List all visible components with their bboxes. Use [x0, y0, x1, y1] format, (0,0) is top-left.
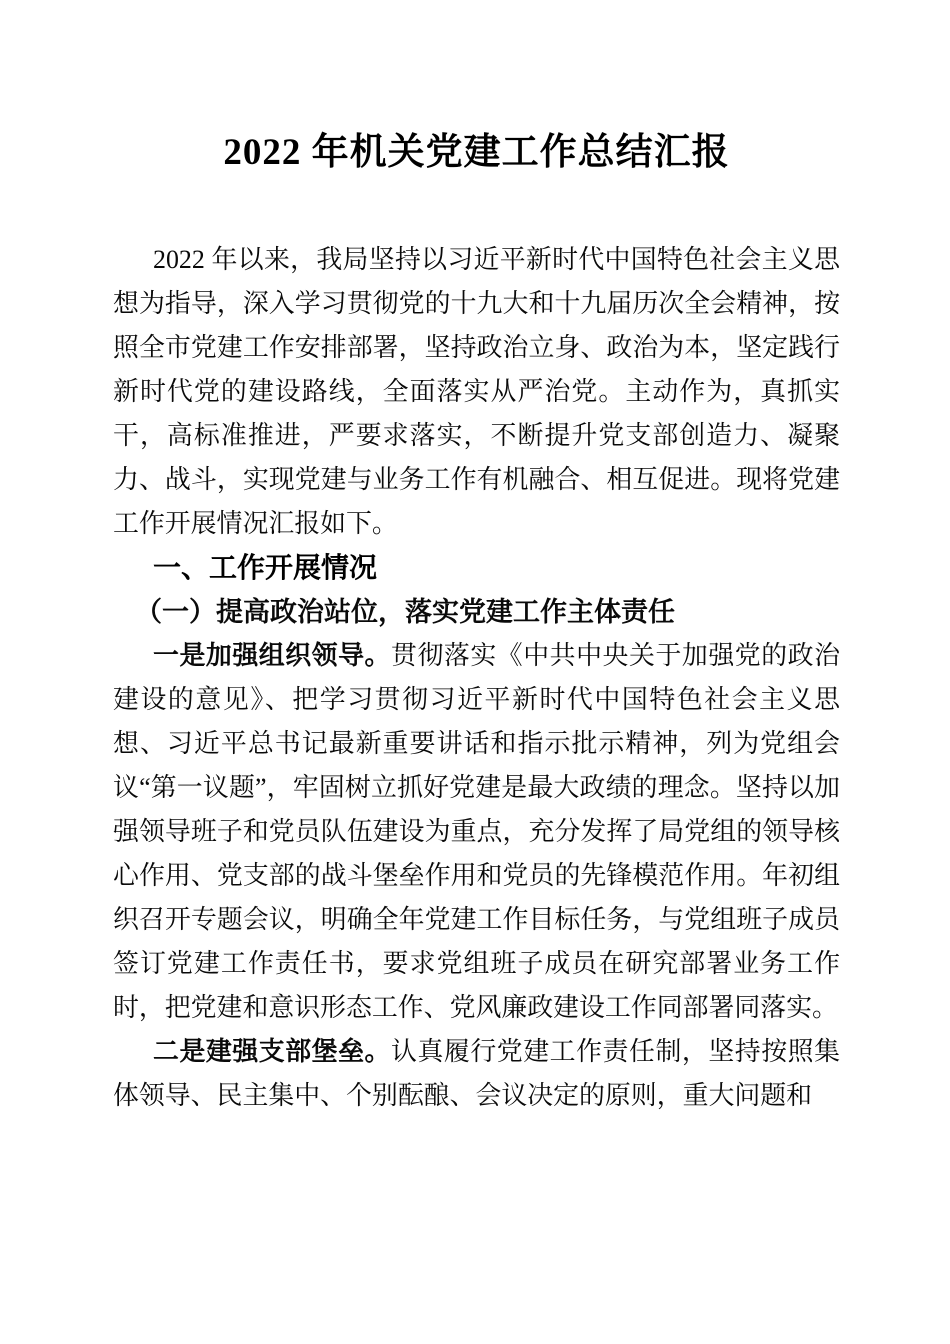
point-paragraph-1: 一是加强组织领导。贯彻落实《中共中央关于加强党的政治建设的意见》、把学习贯彻习近…: [113, 634, 840, 1030]
section-heading-1: 一、工作开展情况: [113, 546, 840, 590]
document-title: 2022 年机关党建工作总结汇报: [113, 128, 840, 178]
document-content: 2022 年机关党建工作总结汇报 2022 年以来，我局坚持以习近平新时代中国特…: [0, 0, 950, 1118]
point-paragraph-2: 二是建强支部堡垒。认真履行党建工作责任制，坚持按照集体领导、民主集中、个别酝酿、…: [113, 1030, 840, 1118]
point-1-lead: 一是加强组织领导。: [153, 641, 391, 670]
point-2-lead: 二是建强支部堡垒。: [153, 1037, 391, 1066]
document-page: 2022 年机关党建工作总结汇报 2022 年以来，我局坚持以习近平新时代中国特…: [0, 0, 950, 1344]
point-1-text: 贯彻落实《中共中央关于加强党的政治建设的意见》、把学习贯彻习近平新时代中国特色社…: [113, 641, 840, 1022]
subsection-heading-1: （一）提高政治站位，落实党建工作主体责任: [113, 590, 840, 634]
intro-paragraph: 2022 年以来，我局坚持以习近平新时代中国特色社会主义思想为指导，深入学习贯彻…: [113, 238, 840, 546]
